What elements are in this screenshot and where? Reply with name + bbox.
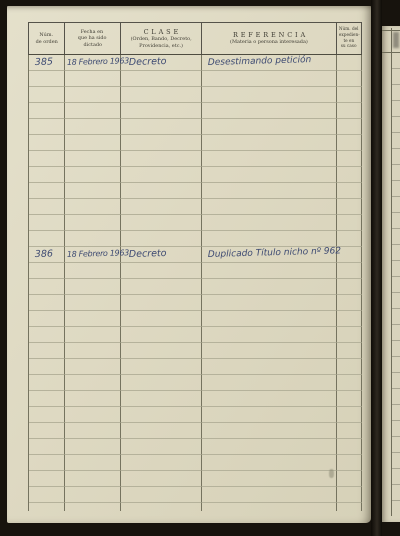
table-tail-lines [28,503,362,511]
cell-fecha [65,71,121,87]
cell-num [29,151,65,167]
cell-num [29,119,65,135]
cell-referencia [202,231,337,247]
cell-clase [121,103,203,119]
cell-referencia [202,71,337,87]
cell-expediente [337,311,362,327]
cell-expediente [337,215,362,231]
cell-fecha [65,391,121,407]
cell-expediente [337,295,362,311]
header-num-expediente: Núm. del expedien- te en su caso [337,23,362,54]
cell-expediente [337,327,362,343]
table-row [28,71,362,87]
adjacent-page-edge [382,26,400,522]
cell-clase [121,263,203,279]
cell-clase [121,407,203,423]
cell-num [29,423,65,439]
cell-expediente [337,199,362,215]
cell-referencia [202,487,337,503]
handwritten-fecha: 18 Febrero 1963 [67,56,129,67]
cell-fecha [65,103,121,119]
cell-num [29,263,65,279]
cell-expediente [337,103,362,119]
table-row [28,375,362,391]
cell-fecha [65,135,121,151]
table-row [28,103,362,119]
cell-fecha [65,183,121,199]
cell-clase [121,359,203,375]
cell-num [29,391,65,407]
cell-referencia [202,135,337,151]
cell-referencia [202,119,337,135]
cell-clase [121,135,203,151]
cell-expediente [337,119,362,135]
header-fecha: Fecha en que ha sido dictado [65,23,121,54]
cell-referencia [202,439,337,455]
cell-clase [121,343,203,359]
cell-expediente [337,183,362,199]
cell-clase [121,151,203,167]
cell-num [29,295,65,311]
table-row [28,455,362,471]
cell-fecha [65,327,121,343]
table-row [28,87,362,103]
cell-referencia [202,471,337,487]
cell-referencia [202,295,337,311]
cell-referencia [202,455,337,471]
cell-referencia [202,151,337,167]
cell-referencia [202,343,337,359]
cell-expediente [337,439,362,455]
cell-expediente [337,55,362,71]
cell-expediente [337,263,362,279]
cell-fecha [65,423,121,439]
cell-num [29,215,65,231]
cell-num [29,327,65,343]
table-row [28,407,362,423]
table-row [28,151,362,167]
cell-clase [121,231,203,247]
table-body: 38518 Febrero 1963DecretoDesestimando pe… [28,55,362,503]
handwritten-referencia: Desestimando petición [208,55,312,68]
table-row [28,359,362,375]
cell-num [29,439,65,455]
header-referencia: R E F E R E N C I A (Materia o persona i… [202,23,337,54]
ink-smudge [329,469,334,478]
cell-fecha [65,311,121,327]
scanned-ledger-page: Núm. de orden Fecha en que ha sido dicta… [0,0,400,536]
cell-clase [121,71,203,87]
table-row [28,231,362,247]
cell-clase [121,183,203,199]
cell-num [29,407,65,423]
table-row [28,439,362,455]
cell-clase [121,455,203,471]
table-row [28,183,362,199]
table-row [28,119,362,135]
cell-clase: Decreto [121,247,203,263]
table-row [28,167,362,183]
cell-clase [121,375,203,391]
cell-clase [121,471,203,487]
cell-clase [121,311,203,327]
cell-expediente [337,375,362,391]
cell-referencia [202,279,337,295]
cell-expediente [337,455,362,471]
cell-num: 385 [29,55,65,71]
cell-expediente [337,231,362,247]
cell-clase: Decreto [121,55,203,71]
cell-fecha [65,375,121,391]
cell-num: 386 [29,247,65,263]
cell-expediente [337,423,362,439]
cell-num [29,87,65,103]
cell-num [29,167,65,183]
handwritten-clase: Decreto [128,248,166,260]
cell-referencia: Desestimando petición [202,55,337,71]
cell-referencia [202,327,337,343]
cell-clase [121,295,203,311]
cell-clase [121,199,203,215]
cell-clase [121,391,203,407]
cell-clase [121,423,203,439]
cell-fecha [65,487,121,503]
table-row [28,391,362,407]
cell-num [29,375,65,391]
table-row [28,311,362,327]
cell-referencia [202,263,337,279]
cell-clase [121,327,203,343]
cell-fecha [65,359,121,375]
cell-fecha [65,231,121,247]
cell-fecha [65,199,121,215]
table-row [28,295,362,311]
handwritten-num: 385 [35,56,53,68]
cell-clase [121,119,203,135]
cell-num [29,487,65,503]
ledger-page: Núm. de orden Fecha en que ha sido dicta… [7,6,371,523]
cell-expediente [337,71,362,87]
cell-fecha: 18 Febrero 1963 [65,247,121,263]
cell-fecha [65,263,121,279]
cell-referencia [202,183,337,199]
cell-fecha [65,167,121,183]
cell-clase [121,487,203,503]
handwritten-referencia: Duplicado Título nicho nº 962 [208,246,341,260]
cell-num [29,279,65,295]
cell-clase [121,279,203,295]
cell-num [29,135,65,151]
cell-num [29,183,65,199]
cell-num [29,71,65,87]
cell-num [29,231,65,247]
cell-num [29,471,65,487]
cell-clase [121,87,203,103]
cell-fecha [65,407,121,423]
cell-expediente [337,151,362,167]
cell-referencia [202,167,337,183]
handwritten-fecha: 18 Febrero 1963 [67,248,129,259]
cell-expediente [337,407,362,423]
cell-fecha [65,455,121,471]
header-num-orden: Núm. de orden [29,23,65,54]
cell-fecha [65,215,121,231]
cell-num [29,103,65,119]
cell-num [29,199,65,215]
registry-table: Núm. de orden Fecha en que ha sido dicta… [28,22,362,511]
table-row [28,215,362,231]
table-row [28,279,362,295]
cell-expediente [337,343,362,359]
handwritten-clase: Decreto [128,56,166,68]
cell-referencia: Duplicado Título nicho nº 962 [202,247,337,263]
cell-referencia [202,215,337,231]
table-row: 38618 Febrero 1963DecretoDuplicado Títul… [28,247,362,263]
cell-fecha [65,295,121,311]
cell-fecha [65,87,121,103]
cell-referencia [202,375,337,391]
cell-referencia [202,199,337,215]
cell-expediente [337,391,362,407]
cell-num [29,311,65,327]
cell-fecha: 18 Febrero 1963 [65,55,121,71]
cell-referencia [202,359,337,375]
table-row [28,487,362,503]
table-row [28,343,362,359]
cell-fecha [65,439,121,455]
cell-referencia [202,87,337,103]
cell-referencia [202,391,337,407]
cell-fecha [65,343,121,359]
cell-expediente [337,167,362,183]
cell-expediente [337,471,362,487]
cell-fecha [65,119,121,135]
cell-fecha [65,471,121,487]
cell-fecha [65,151,121,167]
binding-gutter [371,0,382,536]
cell-num [29,343,65,359]
table-row [28,135,362,151]
cell-clase [121,167,203,183]
table-row: 38518 Febrero 1963DecretoDesestimando pe… [28,55,362,71]
table-header-row: Núm. de orden Fecha en que ha sido dicta… [28,22,362,55]
table-row [28,327,362,343]
cell-expediente [337,279,362,295]
cell-num [29,359,65,375]
cell-referencia [202,311,337,327]
cell-expediente [337,135,362,151]
cell-expediente [337,487,362,503]
table-row [28,199,362,215]
cell-clase [121,439,203,455]
cell-expediente [337,359,362,375]
cell-expediente [337,87,362,103]
cell-referencia [202,103,337,119]
table-row [28,423,362,439]
cell-referencia [202,407,337,423]
cell-fecha [65,279,121,295]
cell-expediente [337,247,362,263]
table-row [28,471,362,487]
cell-num [29,455,65,471]
handwritten-num: 386 [35,248,53,260]
table-row [28,263,362,279]
cell-clase [121,215,203,231]
cell-referencia [202,423,337,439]
header-clase: C L A S E (Orden, Bando, Decreto, Provid… [121,23,203,54]
